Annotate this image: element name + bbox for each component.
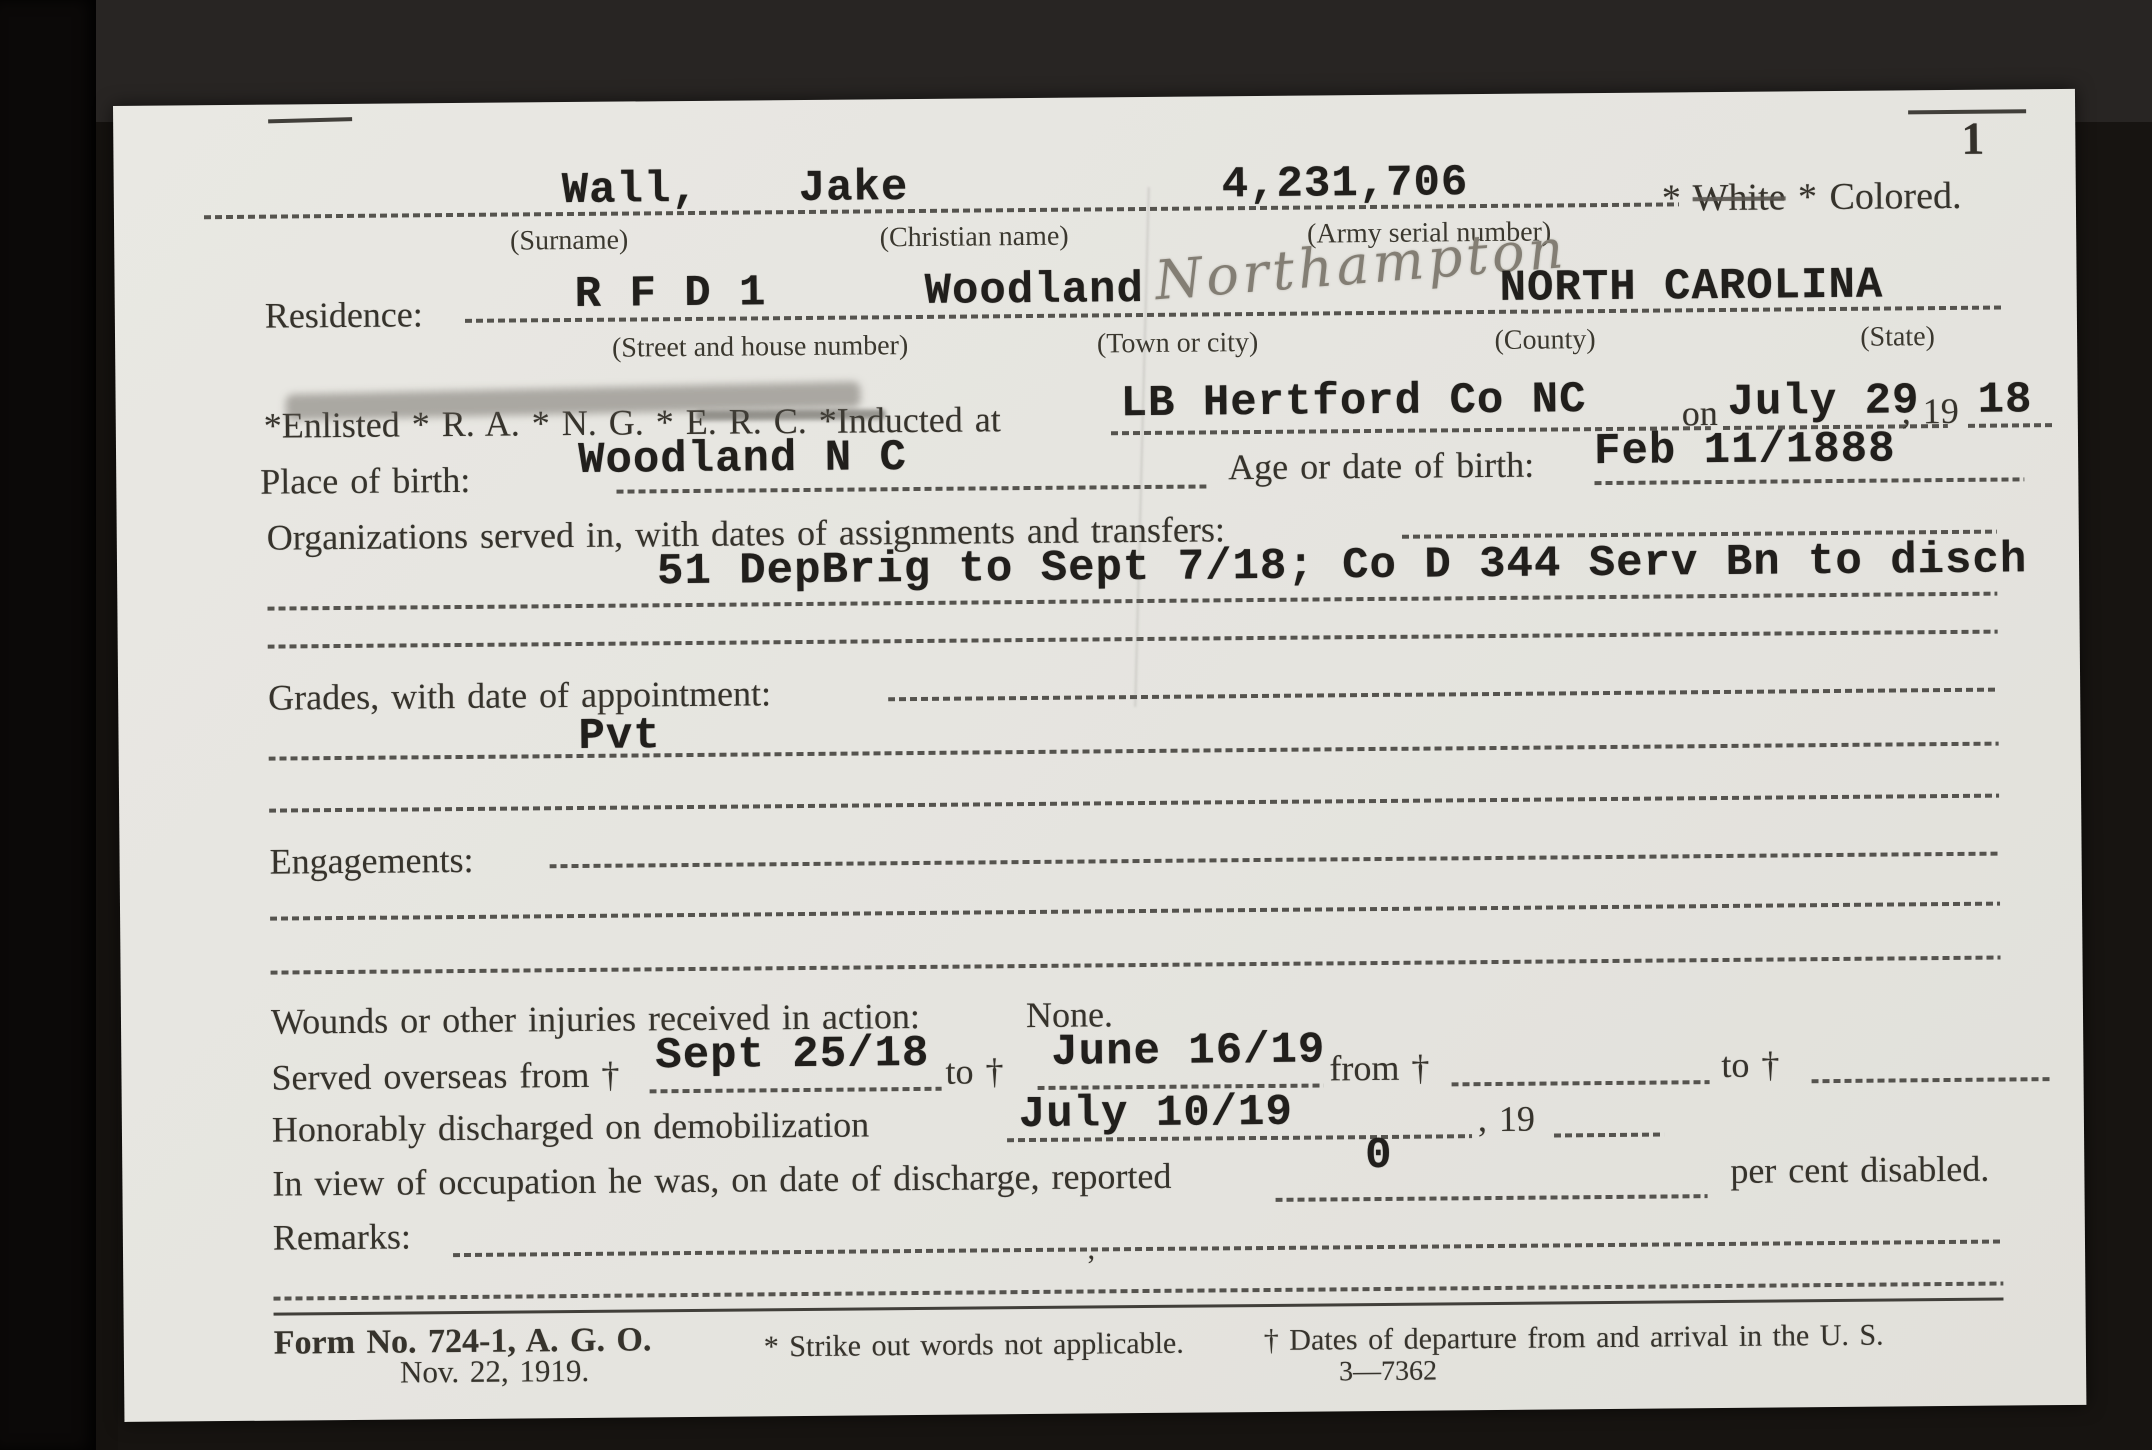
disability-dotted-line bbox=[1276, 1194, 1708, 1202]
footer-solid-rule bbox=[274, 1298, 2004, 1316]
race-line: * White * Colored. bbox=[1662, 176, 1962, 220]
remarks-label: Remarks: bbox=[273, 1217, 411, 1258]
induction-place-value: LB Hertford Co NC bbox=[1120, 377, 1586, 427]
residence-label: Residence: bbox=[265, 295, 423, 336]
grades-label: Grades, with date of appointment: bbox=[268, 674, 771, 718]
blank-dotted-line-3 bbox=[270, 902, 2000, 921]
street-label: (Street and house number) bbox=[585, 331, 935, 365]
strike-out-note: * Strike out words not applicable. bbox=[764, 1327, 1184, 1364]
footer-dotted-line bbox=[273, 1282, 2003, 1301]
overseas-from2-dotted-line bbox=[1452, 1080, 1710, 1086]
town-label: (Town or city) bbox=[1045, 328, 1310, 361]
overseas-to-label-2: to † bbox=[1721, 1045, 1779, 1085]
race-star-1: * bbox=[1662, 177, 1681, 219]
induction-date-value: July 29 bbox=[1727, 378, 1919, 426]
overseas-label: Served overseas from † bbox=[271, 1056, 619, 1099]
race-star-2: * bbox=[1798, 176, 1817, 218]
overseas-to-label-1: to † bbox=[945, 1052, 1003, 1092]
residence-town-value: Woodland bbox=[924, 267, 1144, 315]
race-colored: Colored. bbox=[1829, 175, 1961, 218]
overseas-to-value: June 16/19 bbox=[1051, 1027, 1325, 1076]
print-code: 3—7362 bbox=[1339, 1356, 1437, 1388]
state-label: (State) bbox=[1805, 322, 1990, 354]
organizations-value: 51 DepBrig to Sept 7/18; Co D 344 Serv B… bbox=[657, 537, 2028, 595]
stray-apostrophe-mark: ’ bbox=[1086, 1249, 1096, 1282]
overseas-from-value: Sept 25/18 bbox=[655, 1031, 929, 1080]
form-date: Nov. 22, 1919. bbox=[400, 1354, 589, 1390]
engagements-dotted-line bbox=[550, 852, 2000, 869]
birthplace-dotted-line bbox=[616, 484, 1206, 493]
race-white-struck: White bbox=[1693, 176, 1786, 219]
surname-label: (Surname) bbox=[454, 225, 684, 258]
disability-label: In view of occupation he was, on date of… bbox=[272, 1157, 1171, 1204]
engagements-label: Engagements: bbox=[269, 841, 473, 882]
overseas-from-label-2: from † bbox=[1329, 1049, 1429, 1089]
grades-dotted-line-full bbox=[269, 742, 1999, 761]
overseas-from-dotted-line bbox=[650, 1087, 942, 1094]
county-label: (County) bbox=[1435, 325, 1655, 358]
remarks-dotted-line bbox=[453, 1240, 2003, 1258]
scanner-background-left bbox=[0, 0, 96, 1450]
disability-value: 0 bbox=[1365, 1133, 1393, 1179]
birthdate-value: Feb 11/1888 bbox=[1594, 426, 1896, 475]
blank-dotted-line-1 bbox=[268, 630, 1998, 649]
surname-value: Wall, bbox=[562, 167, 699, 214]
serial-number-value: 4,231,706 bbox=[1222, 160, 1469, 208]
organizations-dotted-line-full bbox=[267, 592, 1997, 611]
blank-dotted-line-2 bbox=[269, 794, 1999, 813]
discharge-year-dotted-line bbox=[1554, 1133, 1664, 1138]
birthplace-value: Woodland N C bbox=[578, 435, 907, 484]
induction-year-prefix: , 19 bbox=[1902, 392, 1959, 432]
birthplace-label: Place of birth: bbox=[260, 461, 470, 502]
pencil-strikeout-line bbox=[696, 409, 886, 421]
top-left-dash-mark bbox=[268, 117, 352, 123]
christian-name-value: Jake bbox=[799, 165, 909, 212]
grades-dotted-line-right bbox=[888, 688, 1998, 702]
page-number: 1 bbox=[1961, 114, 1984, 165]
blank-dotted-line-4 bbox=[271, 956, 2001, 975]
birthdate-label: Age or date of birth: bbox=[1228, 446, 1534, 488]
discharge-year-prefix: , 19 bbox=[1478, 1100, 1535, 1140]
discharge-label: Honorably discharged on demobilization bbox=[272, 1105, 870, 1150]
dagger-note: † Dates of departure from and arrival in… bbox=[1264, 1319, 1884, 1357]
residence-street-value: R F D 1 bbox=[574, 270, 766, 318]
induction-year-dotted-line bbox=[1968, 423, 2053, 428]
christian-name-label: (Christian name) bbox=[829, 221, 1119, 254]
discharge-date-value: July 10/19 bbox=[1019, 1090, 1293, 1139]
disability-suffix: per cent disabled. bbox=[1730, 1150, 1989, 1192]
residence-state-value: NORTH CAROLINA bbox=[1499, 263, 1883, 313]
overseas-to2-dotted-line bbox=[1812, 1077, 2052, 1083]
induction-year-value: 18 bbox=[1977, 377, 2032, 424]
birthdate-dotted-line bbox=[1594, 477, 2024, 485]
service-record-card: 1 Wall, Jake 4,231,706 * White * Colored… bbox=[113, 89, 2086, 1422]
